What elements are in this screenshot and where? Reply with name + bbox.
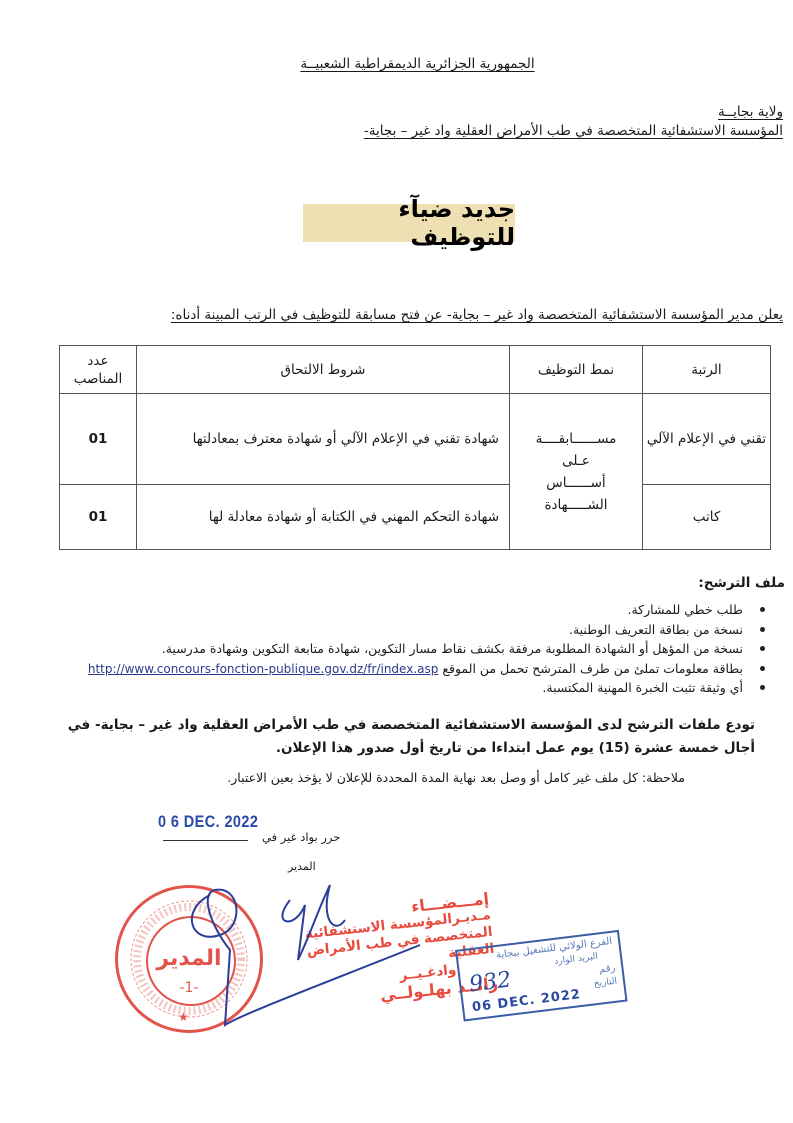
mode-line: عـلى	[511, 450, 641, 472]
site-banner: جديد ضيآء للتوظيف	[303, 204, 515, 242]
institution-header: المؤسسة الاستشفائية المتخصصة في طب الأمر…	[364, 123, 783, 139]
note-text: ملاحظة: كل ملف غير كامل أو وصل بعد نهاية…	[227, 770, 685, 785]
header-conditions: شروط الالتحاق	[137, 346, 510, 394]
list-item-text: طلب خطي للمشاركة.	[627, 602, 743, 617]
reg-stamp-line: رقم	[599, 963, 616, 976]
mode-line: الشـــــهادة	[511, 494, 641, 516]
bullet-icon	[760, 627, 765, 632]
table-row: كاتب شهادة التحكم المهني في الكتابة أو ش…	[60, 485, 771, 550]
signature-icon	[170, 865, 470, 1035]
mode-line: مســــــابقــــة	[511, 428, 641, 450]
date-line	[163, 840, 248, 841]
cell-conditions: شهادة التحكم المهني في الكتابة أو شهادة …	[137, 485, 510, 550]
wilaya-header: ولاية بجايــة	[718, 104, 783, 120]
bullet-icon	[760, 607, 765, 612]
announcement-text: يعلن مدير المؤسسة الاستشفائية المتخصصة و…	[171, 307, 783, 323]
header-grade: الرتبة	[643, 346, 771, 394]
bullet-icon	[760, 666, 765, 671]
cell-mode: مســــــابقــــة عـلى أســــــاس الشــــ…	[510, 394, 643, 550]
list-item-text: نسخة من المؤهل أو الشهادة المطلوبة مرفقة…	[162, 641, 743, 656]
list-item-text: أي وثيقة تثبت الخبرة المهنية المكتسبة.	[542, 680, 743, 695]
info-form-link[interactable]: http://www.concours-fonction-publique.go…	[88, 662, 439, 676]
header-count: عدد المناصب	[60, 346, 137, 394]
bullet-icon	[760, 646, 765, 651]
list-item: أي وثيقة تثبت الخبرة المهنية المكتسبة.	[25, 678, 765, 698]
deposit-notice: تودع ملفات الترشح لدى المؤسسة الاستشفائي…	[35, 714, 755, 760]
header-mode: نمط التوظيف	[510, 346, 643, 394]
reg-number: 932	[468, 967, 513, 997]
cell-count: 01	[60, 394, 137, 485]
republic-header: الجمهورية الجزائرية الديمقراطية الشعبيــ…	[280, 56, 555, 72]
list-item-text: بطاقة معلومات تملئ من طرف المترشح تحمل م…	[442, 661, 743, 676]
application-file-title: ملف الترشح:	[698, 575, 785, 591]
reg-stamp-line: البريد الوارد	[554, 952, 599, 967]
date-stamp: 0 6 DEC. 2022	[158, 812, 258, 832]
bullet-icon	[760, 685, 765, 690]
list-item: نسخة من المؤهل أو الشهادة المطلوبة مرفقة…	[25, 639, 765, 659]
table-header-row: الرتبة نمط التوظيف شروط الالتحاق عدد الم…	[60, 346, 771, 394]
list-item: بطاقة معلومات تملئ من طرف المترشح تحمل م…	[25, 659, 765, 679]
mode-line: أســــــاس	[511, 472, 641, 494]
list-item: طلب خطي للمشاركة.	[25, 600, 765, 620]
cell-count: 01	[60, 485, 137, 550]
positions-table: الرتبة نمط التوظيف شروط الالتحاق عدد الم…	[59, 345, 771, 550]
place-label: حرر بواد غير في	[262, 830, 340, 844]
list-item: نسخة من بطاقة التعريف الوطنية.	[25, 620, 765, 640]
cell-grade: تقني في الإعلام الآلي	[643, 394, 771, 485]
cell-grade: كاتب	[643, 485, 771, 550]
list-item-text: نسخة من بطاقة التعريف الوطنية.	[569, 622, 743, 637]
reg-stamp-line: التاريخ	[593, 977, 617, 990]
requirements-list: طلب خطي للمشاركة. نسخة من بطاقة التعريف …	[25, 600, 765, 698]
table-row: تقني في الإعلام الآلي مســــــابقــــة ع…	[60, 394, 771, 485]
cell-conditions: شهادة تقني في الإعلام الآلي أو شهادة معت…	[137, 394, 510, 485]
header-count-label: عدد المناصب	[73, 352, 123, 388]
